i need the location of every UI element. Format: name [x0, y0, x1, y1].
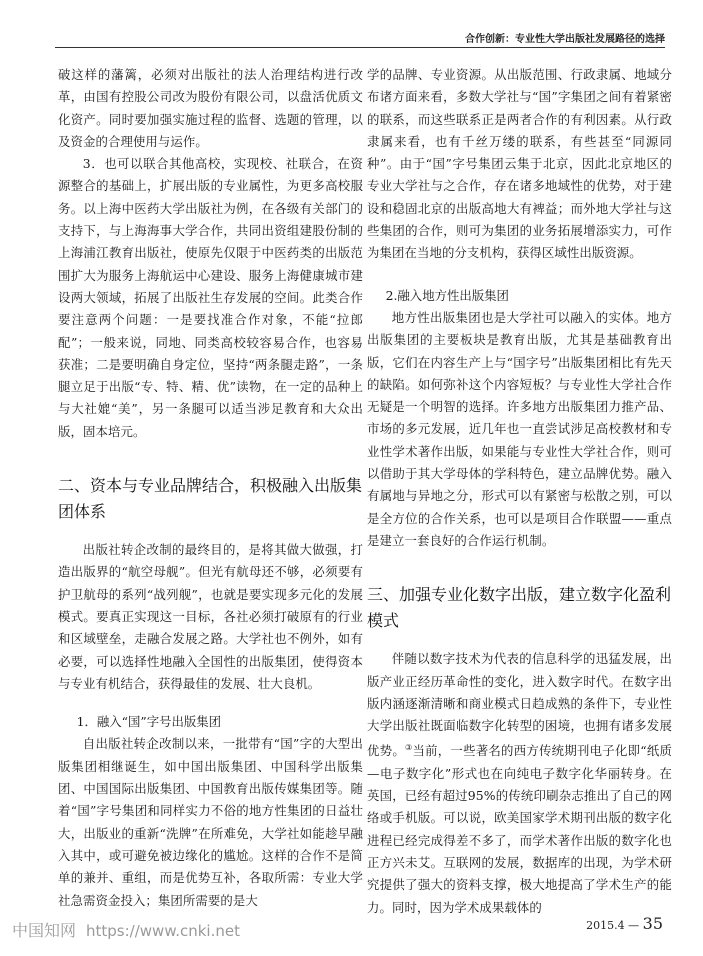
- subsection-heading: 2.融入地方性出版集团: [367, 285, 672, 307]
- spacer: [58, 443, 363, 461]
- paragraph-text: 当前，一些著名的西方传统期刊电子化即“纸质—电子数字化”形式也在向纯电子数字化华…: [367, 744, 672, 915]
- body-paragraph: 破这样的藩篱，必须对出版社的法人治理结构进行改革，由国有控股公司改为股份有限公司…: [58, 64, 363, 153]
- right-column: 学的品牌、专业资源。从出版范围、行政隶属、地域分布诸方面来看，多数大学社与“国”…: [367, 64, 672, 919]
- section-heading: 三、加强专业化数字出版，建立数字化盈利模式: [367, 582, 672, 634]
- watermark: 中国知网https://www.cnki.net: [12, 918, 240, 941]
- section-heading: 二、资本与专业品牌结合，积极融入出版集团体系: [58, 473, 363, 525]
- issue-label: 2015.4 —: [586, 919, 639, 932]
- header-rule: [55, 47, 665, 48]
- page-number-value: 35: [643, 914, 663, 933]
- running-header: 合作创新：专业性大学出版社发展路径的选择: [465, 30, 665, 45]
- page-number: 2015.4 — 35: [586, 914, 663, 933]
- body-paragraph: 自出版社转企改制以来，一批带有“国”字的大型出版集团相继诞生，如中国出版集团、中…: [58, 733, 363, 911]
- body-paragraph: 地方性出版集团也是大学社可以融入的实体。地方出版集团的主要板块是教育出版，尤其是…: [367, 307, 672, 552]
- spacer: [367, 552, 672, 570]
- body-paragraph: 学的品牌、专业资源。从出版范围、行政隶属、地域分布诸方面来看，多数大学社与“国”…: [367, 64, 672, 265]
- body-paragraph: 出版社转企改制的最终目的，是将其做大做强，打造出版界的“航空母舰”。但光有航母还…: [58, 539, 363, 695]
- watermark-url: https://www.cnki.net: [86, 922, 240, 940]
- subsection-heading: 1．融入“国”字号出版集团: [58, 711, 363, 733]
- body-paragraph: 3．也可以联合其他高校，实现校、社联合，在资源整合的基础上，扩展出版的专业属性，…: [58, 153, 363, 443]
- paragraph-text: 伴随以数字技术为代表的信息科学的迅猛发展，出版产业正经历革命性的变化，进入数字时…: [367, 651, 672, 758]
- left-column: 破这样的藩篱，必须对出版社的法人治理结构进行改革，由国有控股公司改为股份有限公司…: [58, 64, 363, 912]
- body-paragraph: 伴随以数字技术为代表的信息科学的迅猛发展，出版产业正经历革命性的变化，进入数字时…: [367, 648, 672, 919]
- watermark-text: 中国知网: [12, 921, 76, 940]
